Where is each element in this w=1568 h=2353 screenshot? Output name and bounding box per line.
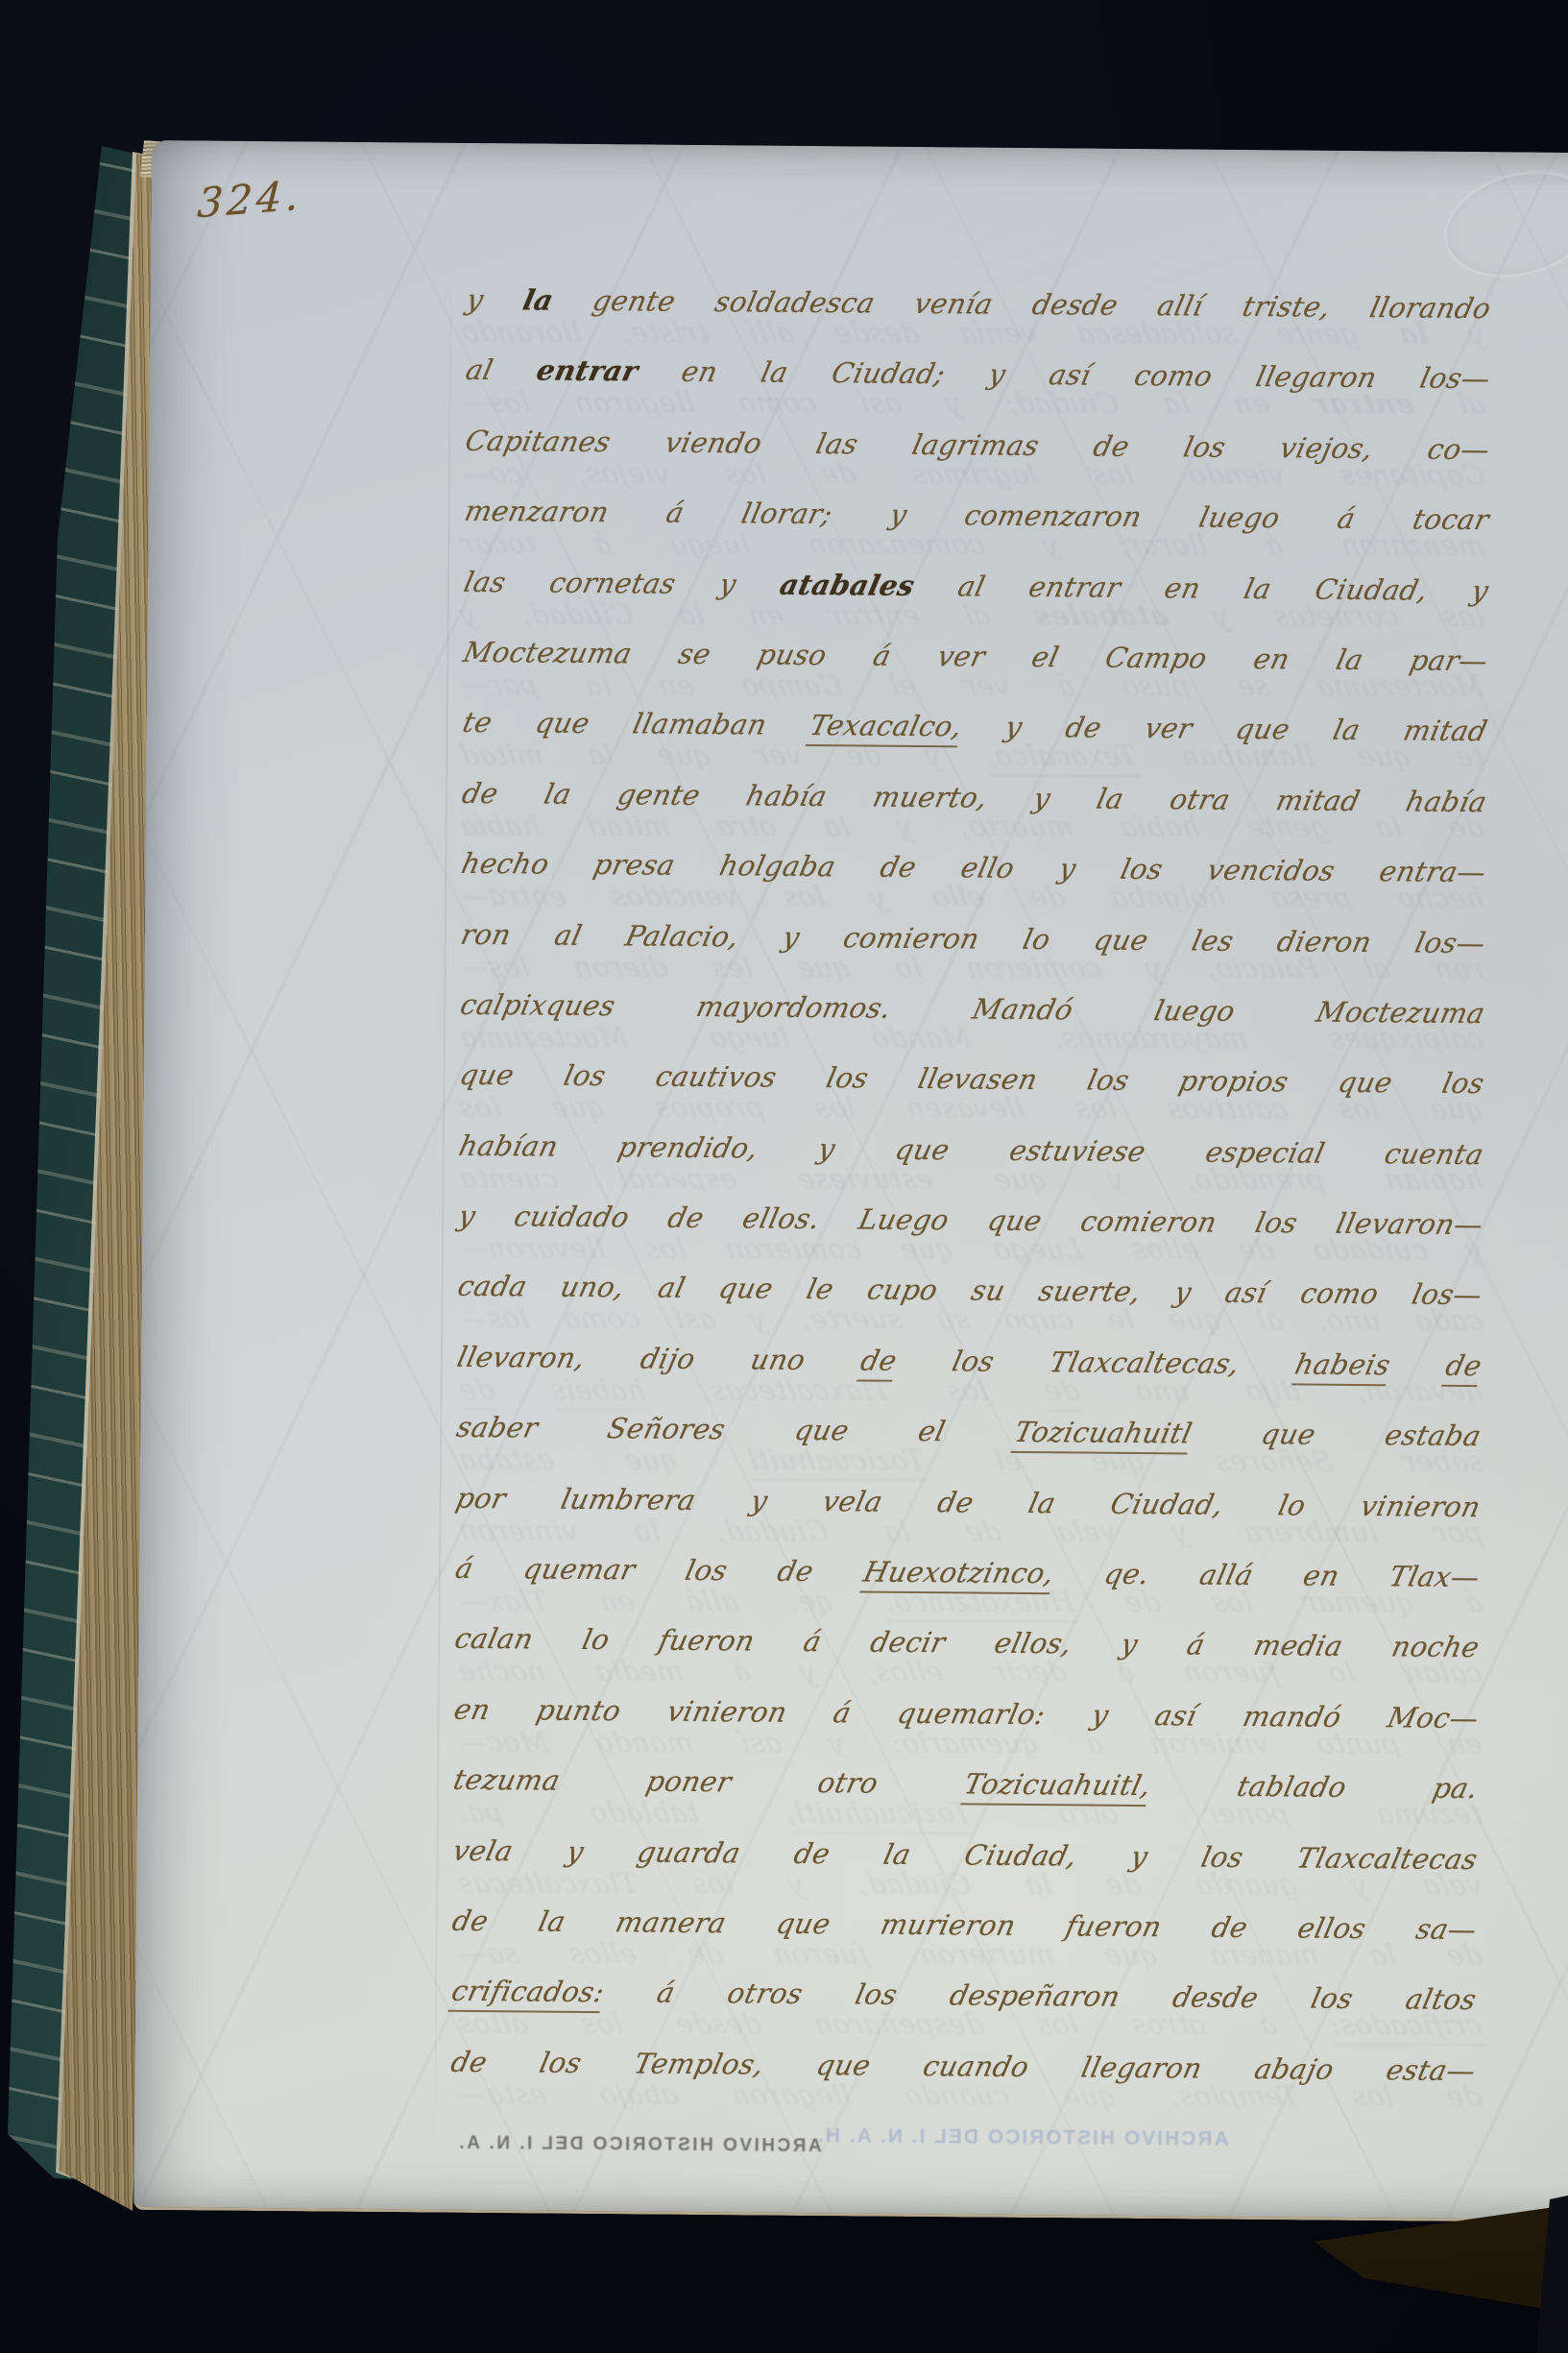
manuscript-line: de los Templos, que cuando llegaron abaj… (448, 2048, 1478, 2084)
manuscript-line: calan lo fueron á decir ellos, y á media… (452, 1624, 1482, 1661)
manuscript-line: cada uno, al que le cupo su suerte, y as… (455, 1272, 1484, 1308)
manuscript-line: de la gente había muerto, y la otra mita… (460, 779, 1489, 815)
manuscript-line: en punto vinieron á quemarlo: y así mand… (452, 1695, 1482, 1732)
manuscript-line: y cuidado de ellos. Luego que comieron l… (456, 1201, 1485, 1238)
page-number: 324. (196, 171, 303, 227)
manuscript-line: te que llamaban Texacalco, y de ver que … (461, 708, 1490, 744)
manuscript-line: Moctezuma se puso á ver el Campo en la p… (461, 638, 1490, 674)
manuscript-line: Capitanes viendo las lagrimas de los vie… (463, 426, 1492, 463)
manuscript-line: á quemar los de Huexotzinco, qe. allá en… (453, 1554, 1483, 1590)
manuscript-line: menzaron á llorar; y comenzaron luego á … (462, 497, 1491, 533)
manuscript-line: al entrar en la Ciudad; y así como llega… (464, 355, 1493, 392)
manuscript-line: ron al Palacio, y comieron lo que les di… (459, 919, 1488, 956)
manuscript-page: 324. y la gente soldadesca venía desde a… (133, 140, 1568, 2223)
archive-stamp-brown: ARCHIVO HISTORICO DEL I. N. A. (422, 2133, 856, 2158)
manuscript-line: las cornetas y atabales al entrar en la … (462, 567, 1491, 603)
manuscript-line: calpixques mayordomos. Mandó luego Mocte… (458, 990, 1487, 1027)
manuscript-line: vela y guarda de la Ciudad, y los Tlaxca… (450, 1835, 1480, 1872)
manuscript-line: y la gente soldadesca venía desde allí t… (464, 285, 1493, 322)
manuscript-line: llevaron, dijo uno de los Tlaxcaltecas, … (455, 1343, 1484, 1379)
manuscript-line: habían prendido, y que estuviese especia… (457, 1131, 1486, 1168)
manuscript-line: tezuma poner otro Tozicuahuitl, tablado … (451, 1765, 1481, 1802)
manuscript-line: saber Señores que el Tozicuahuitl que es… (454, 1413, 1484, 1449)
manuscript-line: crificados: á otros los despeñaron desde… (449, 1977, 1479, 2013)
manuscript-line: hecho presa holgaba de ello y los vencid… (459, 849, 1488, 885)
manuscript-line: que los cautivos los llevasen los propio… (457, 1060, 1486, 1097)
photo-scene: 324. y la gente soldadesca venía desde a… (0, 0, 1568, 2353)
manuscript-line: de la manera que murieron fueron de ello… (450, 1906, 1480, 1943)
manuscript-line: por lumbrera y vela de la Ciudad, lo vin… (453, 1483, 1483, 1519)
manuscript-text: y la gente soldadesca venía desde allí t… (451, 285, 1491, 2126)
